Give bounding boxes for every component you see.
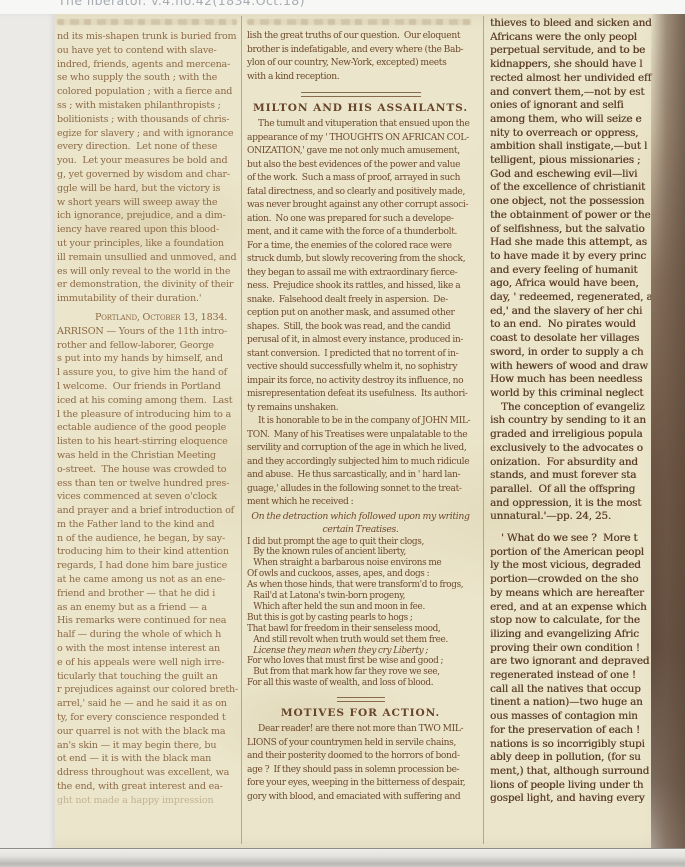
text-line: troducing him to their kind attention — [57, 545, 239, 559]
text-line: and their posterity doomed to the horror… — [247, 750, 474, 764]
text-line: For who loves that must first be wise an… — [247, 656, 474, 667]
text-line: TON. Many of his Treatises were unpalata… — [247, 429, 474, 443]
section-divider — [301, 92, 421, 97]
text-line: ty remains unshaken. — [247, 402, 474, 416]
text-line: colored population ; with a fierce and — [57, 85, 239, 99]
newspaper-column-left: nd its mis-shapen trunk is buried fromou… — [57, 17, 239, 808]
text-line: o with the most intense interest an — [57, 642, 239, 656]
text-line: the end, with great interest and ea- — [57, 780, 239, 794]
text-line: as an enemy but as a friend — a — [57, 601, 239, 615]
scan-left-margin — [0, 14, 55, 867]
text-line: ty, for every conscience responded t — [57, 711, 239, 725]
text-line: brother is indefatigable, and every wher… — [247, 44, 474, 58]
text-line: was never brought against any other corr… — [247, 199, 474, 213]
citation-strip: The liberator. v.4:no.42(1834:Oct.18) — [0, 0, 685, 14]
text-line: And still revolt when truth would set th… — [247, 635, 474, 646]
scanned-newspaper-page: The liberator. v.4:no.42(1834:Oct.18) nd… — [0, 0, 685, 867]
text-line: ss ; with mistaken philanthropists ; — [57, 99, 239, 113]
text-line: l welcome. Our friends in Portland — [57, 380, 239, 394]
text-line: e of his appeals were well nigh irre- — [57, 656, 239, 670]
text-line: lish the great truths of our question. O… — [247, 30, 474, 44]
text-line: our quarrel is not with the black ma — [57, 725, 239, 739]
text-line: perusal of it, in almost every instance,… — [247, 334, 474, 348]
text-line: w short years will sweep away the — [57, 196, 239, 210]
text-line: g, yet governed by wisdom and char- — [57, 168, 239, 182]
text-line: ONIZATION,' gave me not only much amusem… — [247, 145, 474, 159]
text-line: iced at his coming among them. Last — [57, 394, 239, 408]
text-line: of the work. Such a mass of proof, array… — [247, 172, 474, 186]
text-line: an's skin — it may begin there, bu — [57, 739, 239, 753]
text-line: and abuse. He thus sarcastically, and in… — [247, 469, 474, 483]
text-line: ill remain unsullied and unmoved, and — [57, 251, 239, 265]
text-line: The tumult and vituperation that ensued … — [247, 118, 474, 132]
text-line: was held in the Christian Meeting — [57, 449, 239, 463]
book-gutter-shadow — [651, 14, 685, 848]
text-line: ception put on another mask, and assumed… — [247, 307, 474, 321]
text-line: snake. Falsehood dealt freely in aspersi… — [247, 294, 474, 308]
text-line: ticularly that touching the guilt an — [57, 670, 239, 684]
text-line: ich ignorance, prejudice, and a dim- — [57, 209, 239, 223]
text-line: egize for slavery ; and with ignorance — [57, 127, 239, 141]
column-divider-left — [241, 16, 242, 844]
text-line: r prejudices against our colored breth- — [57, 683, 239, 697]
text-line: you. Let your measures be bold and — [57, 154, 239, 168]
text-line: It is honorable to be in the company of … — [247, 415, 474, 429]
text-line: se who supply the south ; with the — [57, 71, 239, 85]
text-line: gory with blood, and emaciated with suff… — [247, 791, 474, 805]
text-line: But this is got by casting pearls to hog… — [247, 613, 474, 624]
text-line: guage,' alludes in the following sonnet … — [247, 483, 474, 497]
text-line: nd its mis-shapen trunk is buried from — [57, 30, 239, 44]
text-line: but also the best evidences of the power… — [247, 159, 474, 173]
text-line: half — during the whole of which h — [57, 628, 239, 642]
text-line: bolitionists ; with thousands of chris- — [57, 113, 239, 127]
text-line: s put into my hands by himself, and — [57, 352, 239, 366]
text-line: rother and fellow-laborer, George — [57, 339, 239, 353]
text-line: misrepresentation defeat its usefulness.… — [247, 388, 474, 402]
text-line: and they accordingly subjected him to mu… — [247, 456, 474, 470]
text-line: License they mean when they cry Liberty … — [247, 646, 474, 657]
text-line: servility and corruption of the age in w… — [247, 442, 474, 456]
text-line: When straight a barbarous noise environs… — [247, 558, 474, 569]
text-line: On the detraction which followed upon my… — [247, 510, 474, 524]
text-line: LIONS of your countrymen held in servile… — [247, 737, 474, 751]
text-line: stant conversion. I predicted that no to… — [247, 348, 474, 362]
text-line: arrel,' said he — and he said it as on — [57, 697, 239, 711]
text-line: ess than ten or twelve hundred pres- — [57, 477, 239, 491]
text-line: every direction. Let none of these — [57, 140, 239, 154]
text-line: As when those hinds, that were transform… — [247, 580, 474, 591]
text-line: Of owls and cuckoos, asses, apes, and do… — [247, 569, 474, 580]
text-line: Which after held the sun and moon in fee… — [247, 602, 474, 613]
text-line: ght not made a happy impression — [57, 794, 239, 808]
text-line: ylon of our country, New-York, excepted)… — [247, 57, 474, 71]
text-line: age ? If they should pass in solemn proc… — [247, 764, 474, 778]
text-line: l the pleasure of introducing him to a — [57, 408, 239, 422]
text-line: By the known rules of ancient liberty, — [247, 547, 474, 558]
text-line: appearance of my ' THOUGHTS ON AFRICAN C… — [247, 132, 474, 146]
text-line: ment, and it came with the force of a th… — [247, 226, 474, 240]
text-line: His remarks were continued for nea — [57, 614, 239, 628]
text-line: impair its force, no activity destroy it… — [247, 375, 474, 389]
text-line: indred, friends, agents and mercena- — [57, 58, 239, 72]
text-line: That bawl for freedom in their senseless… — [247, 624, 474, 635]
scan-bottom-edge — [0, 848, 685, 867]
page-citation: The liberator. v.4:no.42(1834:Oct.18) — [58, 0, 305, 8]
text-line: Rail'd at Latona's twin-born progeny, — [247, 591, 474, 602]
text-line: es will only reveal to the world in the — [57, 265, 239, 279]
column-divider-right — [483, 16, 484, 844]
text-line: and prayer and a brief introduction of — [57, 504, 239, 518]
text-line: listen to his heart-stirring eloquence — [57, 435, 239, 449]
section-divider — [337, 697, 385, 702]
date-line: Portland, October 13, 1834. — [57, 311, 239, 325]
text-line: ot end — it is with the black man — [57, 752, 239, 766]
text-line: certain Treatises. — [247, 523, 474, 537]
text-line: fore your eyes, weeping in the bitternes… — [247, 777, 474, 791]
article-heading: MOTIVES FOR ACTION. — [247, 707, 474, 720]
text-line: m the Father land to the kind and — [57, 518, 239, 532]
text-line: at he came among us not as an ene- — [57, 573, 239, 587]
text-line: regards, I had done him bare justice — [57, 559, 239, 573]
text-line: ectable audience of the good people — [57, 421, 239, 435]
illegible-line-fragment — [57, 19, 237, 25]
text-line: ment which he received : — [247, 496, 474, 510]
newspaper-column-middle: lish the great truths of our question. O… — [247, 17, 474, 804]
text-line: n of the audience, he began, by say- — [57, 532, 239, 546]
text-line: er demonstration, the divinity of their — [57, 278, 239, 292]
text-line: struck dumb, but slowly recovering from … — [247, 253, 474, 267]
text-line: l assure you, to give him the hand of — [57, 366, 239, 380]
text-line: with a kind reception. — [247, 71, 474, 85]
text-line: I did but prompt the age to quit their c… — [247, 537, 474, 548]
text-line: vices commenced at seven o'clock — [57, 490, 239, 504]
text-line: ness. Prejudice shook its rattles, and h… — [247, 280, 474, 294]
text-line: vective should successfully whelm it, no… — [247, 361, 474, 375]
text-line: ut your principles, like a foundation — [57, 237, 239, 251]
text-line: ggle will be hard, but the victory is — [57, 182, 239, 196]
text-line: fatal directness, and so clearly and pos… — [247, 186, 474, 200]
text-line: o-street. The house was crowded to — [57, 463, 239, 477]
text-line: ARRISON — Yours of the 11th intro- — [57, 325, 239, 339]
text-line: For a time, the enemies of the colored r… — [247, 240, 474, 254]
illegible-line-fragment — [247, 19, 472, 25]
text-line: friend and brother — that he did i — [57, 587, 239, 601]
text-line: But from that mark how far they rove we … — [247, 667, 474, 678]
text-line: shapes. Still, the book was read, and th… — [247, 321, 474, 335]
article-heading: MILTON AND HIS ASSAILANTS. — [247, 102, 474, 115]
text-line: Dear reader! are there not more than TWO… — [247, 723, 474, 737]
text-line: iency have reared upon this blood- — [57, 223, 239, 237]
text-line: ation. No one was prepared for such a de… — [247, 213, 474, 227]
text-line: ou have yet to contend with slave- — [57, 44, 239, 58]
text-line: they began to assail me with extraordina… — [247, 267, 474, 281]
text-line: For all this waste of wealth, and loss o… — [247, 678, 474, 689]
text-line: immutability of their duration.' — [57, 292, 239, 306]
newspaper-page: nd its mis-shapen trunk is buried fromou… — [55, 14, 685, 848]
text-line: ddress throughout was excellent, wa — [57, 766, 239, 780]
